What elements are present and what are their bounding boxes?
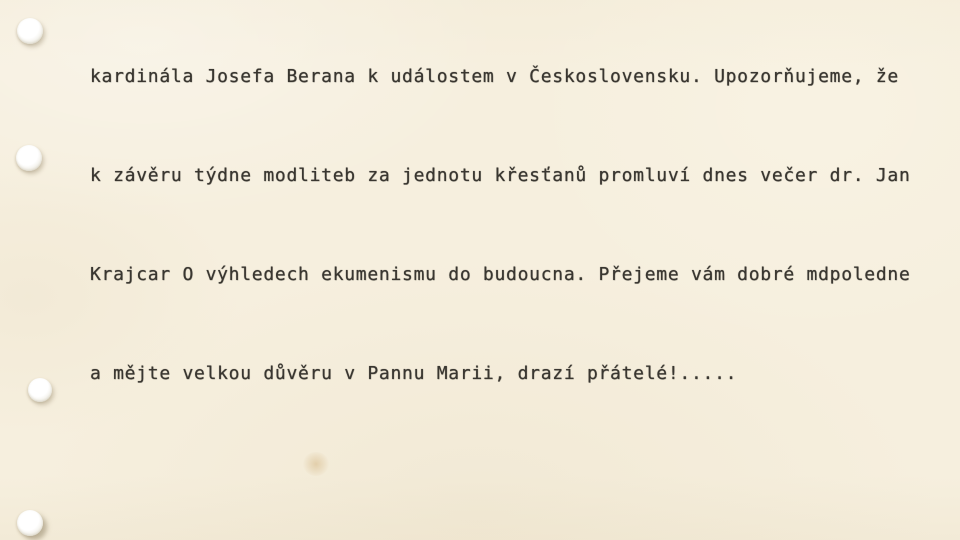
typewritten-text-block: kardinála Josefa Berana k událostem v Če… (90, 0, 950, 456)
typewritten-line: k závěru týdne modliteb za jednotu křesť… (90, 159, 950, 192)
typewritten-line: a mějte velkou důvěru v Pannu Marii, dra… (90, 357, 950, 390)
typewritten-line: kardinála Josefa Berana k událostem v Če… (90, 60, 950, 93)
punch-hole-lower (28, 378, 52, 402)
scanned-document-page: kardinála Josefa Berana k událostem v Če… (0, 0, 960, 540)
punch-hole-top (17, 18, 43, 44)
punch-hole-bottom (17, 510, 43, 536)
punch-hole-upper (16, 145, 42, 171)
typewritten-line: Krajcar O výhledech ekumenismu do budouc… (90, 258, 950, 291)
